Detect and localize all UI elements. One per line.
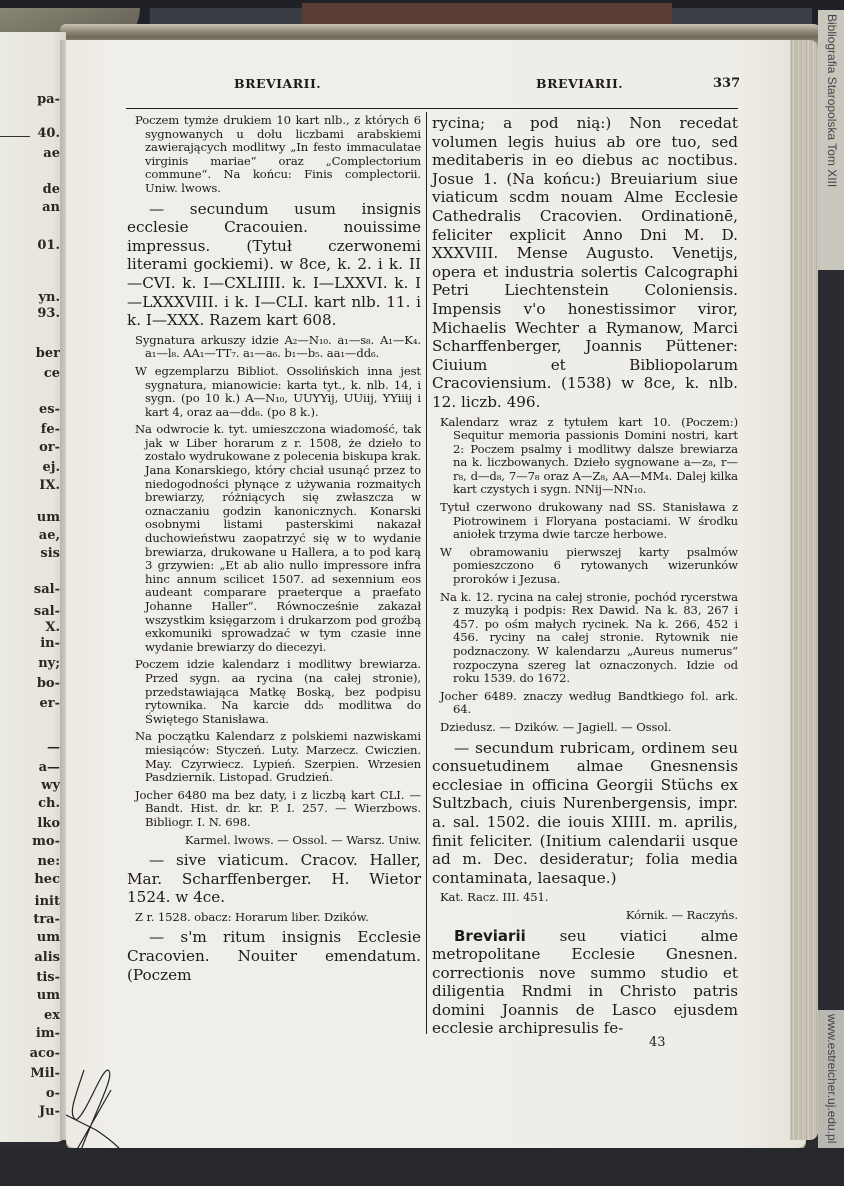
- column-divider: [426, 112, 427, 1034]
- previous-page-line: de: [43, 182, 60, 197]
- header-rule: [126, 108, 738, 109]
- page-edge-right: [790, 40, 818, 1140]
- entry-paragraph: Kórnik. — Raczyńs.: [432, 909, 738, 923]
- entry-paragraph: Na k. 12. rycina na całej stronie, pochó…: [432, 591, 738, 686]
- entry-paragraph: Jocher 6480 ma bez daty, i z liczbą kart…: [127, 789, 421, 830]
- previous-page-line: pa-: [37, 92, 60, 107]
- previous-page-line: Ju-: [39, 1104, 60, 1119]
- entry-paragraph: — s'm ritum insignis Ecclesie Cracovien.…: [127, 928, 421, 984]
- previous-page-line: X.: [45, 620, 60, 635]
- previous-page-line: a—: [39, 760, 60, 775]
- entry-paragraph: Na odwrocie k. tyt. umieszczona wiadomoś…: [127, 423, 421, 654]
- previous-page-line: ej.: [42, 460, 60, 475]
- entry-paragraph: Karmel. lwows. — Ossol. — Warsz. Uniw.: [127, 834, 421, 848]
- previous-page-line: ae: [43, 146, 60, 161]
- previous-page-line: wy: [41, 778, 60, 793]
- background-table: [0, 1148, 844, 1186]
- previous-page-line: Mil-: [30, 1066, 60, 1081]
- previous-page-line: tis-: [36, 970, 60, 985]
- previous-page-line: mo-: [32, 834, 60, 849]
- entry-paragraph: Na początku Kalendarz z polskiemi nazwis…: [127, 730, 421, 784]
- entry-paragraph: Kalendarz wraz z tytułem kart 10. (Pocze…: [432, 416, 738, 498]
- previous-page-line: ce: [44, 366, 60, 381]
- previous-page-line: ae,: [39, 528, 60, 543]
- entry-heading: Breviarii: [454, 927, 526, 945]
- entry-paragraph: Dziedusz. — Dzików. — Jagiell. — Ossol.: [432, 721, 738, 735]
- previous-page-line: or-: [39, 440, 60, 455]
- entry-paragraph: W obramowaniu pierwszej karty psalmów po…: [432, 546, 738, 587]
- previous-page-line: o-: [46, 1086, 60, 1101]
- entry-paragraph: Tytuł czerwono drukowany nad SS. Stanisł…: [432, 501, 738, 542]
- previous-page-line: 01.: [37, 238, 60, 253]
- previous-page-line: yn.: [38, 290, 60, 305]
- previous-page-line: IX.: [39, 478, 60, 493]
- entry-paragraph: Poczem tymże drukiem 10 kart nlb., z któ…: [127, 114, 421, 196]
- previous-page-line: um: [37, 930, 60, 945]
- running-head-left: BREVIARII.: [234, 76, 321, 91]
- running-head-right: BREVIARII.: [536, 76, 623, 91]
- previous-page-line: er-: [39, 696, 60, 711]
- previous-page-line: aco-: [30, 1046, 60, 1061]
- previous-page-line: sal-: [34, 582, 60, 597]
- previous-page-line: ne:: [37, 854, 60, 869]
- entry-paragraph: Z r. 1528. obacz: Horarum liber. Dzików.: [127, 911, 421, 925]
- entry-paragraph: — sive viaticum. Cracov. Haller, Mar. Sc…: [127, 851, 421, 907]
- previous-page-line: tra-: [33, 912, 60, 927]
- left-column: Poczem tymże drukiem 10 kart nlb., z któ…: [127, 114, 421, 988]
- previous-page-line: 40.: [37, 126, 60, 141]
- previous-page-line: ex: [44, 1008, 60, 1023]
- previous-page-line: es-: [39, 402, 60, 417]
- previous-page-line: ch.: [38, 796, 60, 811]
- previous-page-line: alis: [34, 950, 60, 965]
- entry-paragraph: W egzemplarzu Bibliot. Ossolińskich inna…: [127, 365, 421, 419]
- folio-signature: 43: [649, 1035, 666, 1050]
- previous-page-line: in-: [40, 636, 60, 651]
- previous-page-line: um: [37, 510, 60, 525]
- previous-page-line: 93.: [37, 306, 60, 321]
- watermark-title: Bibliografia Staropolska Tom XIII: [818, 10, 844, 270]
- previous-page-line: um: [37, 988, 60, 1003]
- previous-page-strip: pa-40.aedean01.yn.93.bercees-fe-or-ej.IX…: [0, 32, 66, 1142]
- previous-page-line: hec: [34, 872, 60, 887]
- previous-page-line: sal-: [34, 604, 60, 619]
- previous-page-line: ber: [36, 346, 60, 361]
- entry-paragraph: — secundum rubricam, ordinem seu consuet…: [432, 739, 738, 888]
- entry-paragraph: Jocher 6489. znaczy według Bandtkiego fo…: [432, 690, 738, 717]
- page-number: 337: [713, 76, 740, 91]
- entry-paragraph: — secundum usum insignis ecclesie Cracou…: [127, 200, 421, 330]
- entry-paragraph-breviarii: Breviarii seu viatici alme metropolitane…: [432, 927, 738, 1039]
- entry-paragraph: Poczem idzie kalendarz i modlitwy brewia…: [127, 658, 421, 726]
- entry-paragraph: Kat. Racz. III. 451.: [432, 891, 738, 905]
- previous-page-line: fe-: [41, 422, 60, 437]
- previous-page-line: bo-: [37, 676, 60, 691]
- previous-page-line: sis: [40, 546, 60, 561]
- entry-paragraph: rycina; a pod nią:) Non recedat volumen …: [432, 114, 738, 412]
- entry-paragraph: Sygnatura arkuszy idzie A₂—N₁₀. a₁—s₈. A…: [127, 334, 421, 361]
- previous-page-line: im-: [36, 1026, 60, 1041]
- previous-page-line: an: [42, 200, 60, 215]
- right-column: rycina; a pod nią:) Non recedat volumen …: [432, 114, 738, 1038]
- previous-page-line: lko: [37, 816, 60, 831]
- previous-page-line: —: [47, 740, 60, 755]
- previous-page-line: init: [35, 894, 60, 909]
- previous-page-line: ny;: [38, 656, 60, 671]
